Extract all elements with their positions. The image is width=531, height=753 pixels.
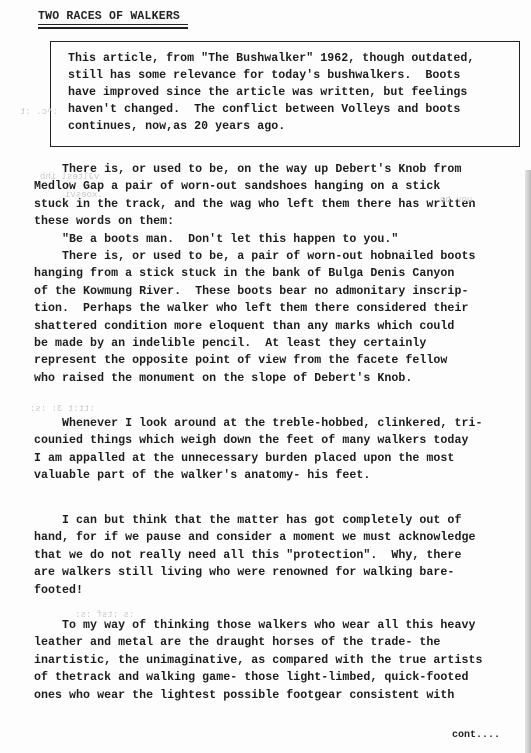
body-line: are walkers still living who were renown… (34, 566, 454, 579)
body-line: I can but think that the matter has got … (34, 514, 461, 527)
body-line: ones who wear the lightest possible foot… (34, 689, 454, 702)
body-line: leather and metal are the draught horses… (34, 636, 440, 649)
show-through-mark: vJltesl ihb (40, 172, 99, 182)
intro-line: have improved since the article was writ… (68, 86, 467, 99)
article-title: TWO RACES OF WALKERS (38, 10, 180, 23)
show-through-mark: :^c. :t (20, 107, 58, 117)
body-line: To my way of thinking those walkers who … (34, 619, 475, 632)
intro-line: continues, now,as 20 years ago. (68, 120, 285, 133)
title-double-underline (38, 27, 188, 29)
page-edge-shadow (525, 170, 531, 753)
body-line: these words on them: (34, 215, 174, 228)
body-line: hanging from a stick stuck in the bank o… (34, 267, 454, 280)
body-line: "Be a boots man. Don't let this happen t… (34, 233, 398, 246)
body-line: inartistic, the unimaginative, as compar… (34, 654, 482, 667)
body-line: hand, for if we pause and consider a mom… (34, 531, 475, 544)
body-line: valuable part of the walker's anatomy- h… (34, 469, 370, 482)
body-line: There is, or used to be, a pair of worn-… (34, 250, 475, 263)
body-line: that we do not really need all this "pro… (34, 549, 461, 562)
body-line: counied things which weigh down the feet… (34, 434, 468, 447)
title-underline (38, 24, 188, 25)
body-line: be made by an indelible pencil. At least… (34, 337, 426, 350)
continuation-marker: cont.... (452, 730, 500, 741)
show-through-mark: .xoesvi (65, 190, 103, 200)
body-line: of thetrack and walking game- those ligh… (34, 671, 468, 684)
document-page: TWO RACES OF WALKERS This article, from … (0, 0, 531, 753)
body-line: I am appalled at the unnecessary burden … (34, 452, 454, 465)
intro-line: still has some relevance for today's bus… (68, 69, 460, 82)
intro-line: This article, from "The Bushwalker" 1962… (68, 52, 474, 65)
body-line: of the Kowmung River. These boots bear n… (34, 285, 468, 298)
body-line: footed! (34, 584, 83, 597)
show-through-mark: :s :tsf :s: (75, 610, 134, 620)
body-line: Whenever I look around at the treble-hob… (34, 417, 482, 430)
body-line: shattered condition more eloquent than a… (34, 320, 454, 333)
body-line: tion. Perhaps the walker who left them t… (34, 302, 468, 315)
body-line: represent the opposite point of view fro… (34, 354, 447, 367)
show-through-mark: uov bo (440, 195, 472, 205)
intro-line: haven't changed. The conflict between Vo… (68, 103, 460, 116)
show-through-mark: :tt:t 3: :s: (30, 404, 95, 414)
body-line: who raised the monument on the slope of … (34, 372, 412, 385)
